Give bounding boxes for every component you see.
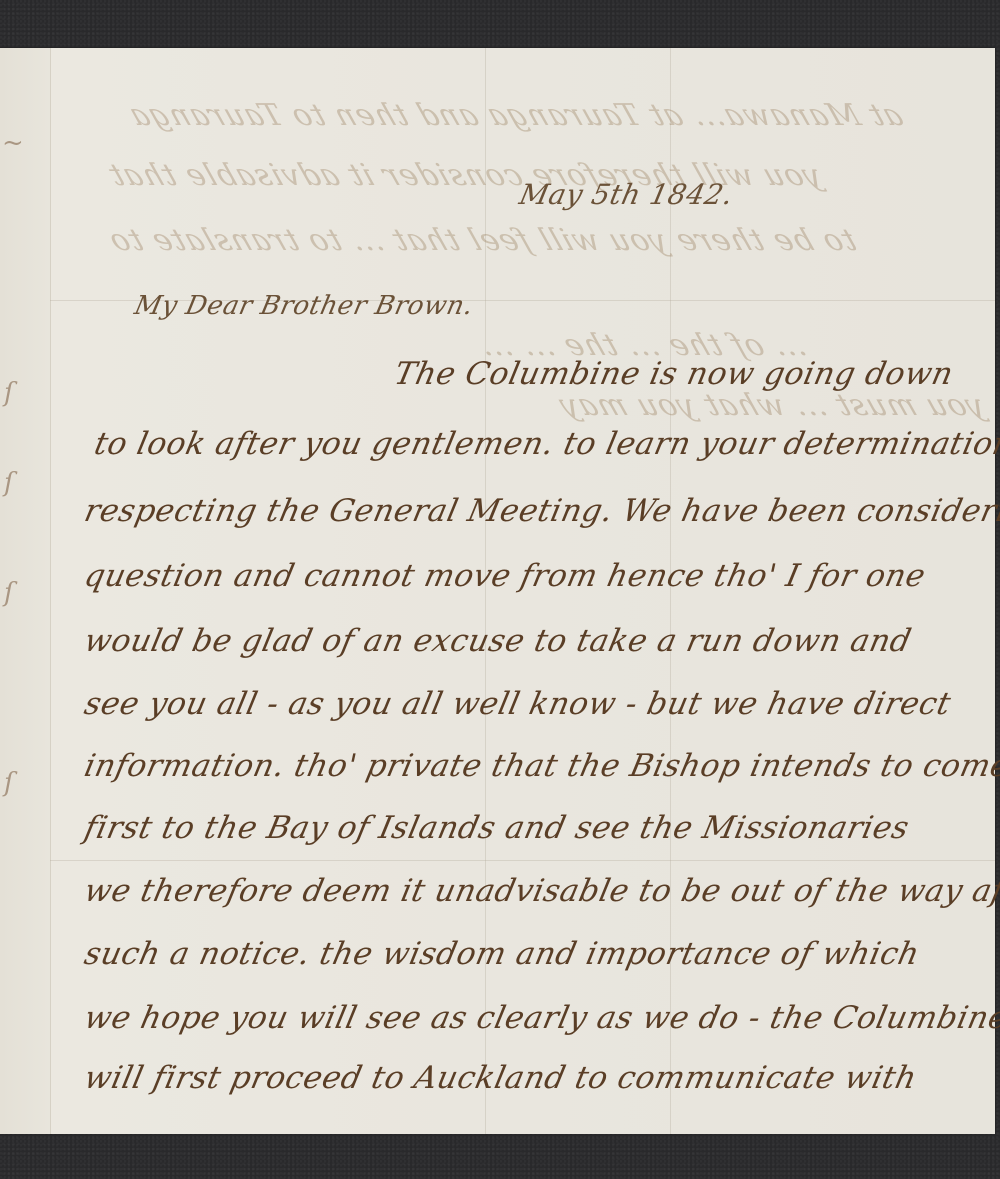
letter-line: question and cannot move from hence tho'… bbox=[81, 558, 929, 594]
bleed-through-line: to be there you will feel that ... to tr… bbox=[104, 223, 862, 258]
letter-salutation: My Dear Brother Brown. bbox=[132, 291, 476, 321]
letter-date: May 5th 1842. bbox=[516, 178, 736, 211]
flap-ink-mark: ſ bbox=[4, 378, 14, 408]
letter-line: we hope you will see as clearly as we do… bbox=[81, 1000, 1000, 1036]
letter-line: we therefore deem it unadvisable to be o… bbox=[81, 873, 1000, 909]
letter-line: would be glad of an excuse to take a run… bbox=[81, 623, 914, 659]
letter-line: information. tho' private that the Bisho… bbox=[81, 748, 1000, 784]
flap-ink-mark: ſ bbox=[4, 768, 14, 798]
letter-line: will first proceed to Auckland to commun… bbox=[81, 1060, 920, 1096]
flap-ink-mark: ~ bbox=[2, 128, 24, 158]
left-folded-flap: ~ ſ ſ ſ ſ bbox=[0, 48, 51, 1134]
letter-line: see you all - as you all well know - but… bbox=[81, 686, 954, 722]
letter-line: first to the Bay of Islands and see the … bbox=[81, 810, 912, 846]
bleed-through-line: at Manawa... at Tauranga and then to Tau… bbox=[124, 98, 908, 133]
letter-line: The Columbine is now going down bbox=[391, 356, 956, 392]
letter-line: respecting the General Meeting. We have … bbox=[81, 493, 1000, 529]
letter-line: to look after you gentlemen. to learn yo… bbox=[91, 426, 1000, 462]
flap-ink-mark: ſ bbox=[4, 578, 14, 608]
letter-page: ~ ſ ſ ſ ſ at Manawa... at Tauranga and t… bbox=[0, 48, 995, 1134]
bleed-through-line: ... you must ... what you may bbox=[554, 388, 1000, 423]
horizontal-fold-line bbox=[50, 860, 995, 861]
letter-line: such a notice. the wisdom and importance… bbox=[81, 936, 923, 972]
flap-ink-mark: ſ bbox=[4, 468, 14, 498]
